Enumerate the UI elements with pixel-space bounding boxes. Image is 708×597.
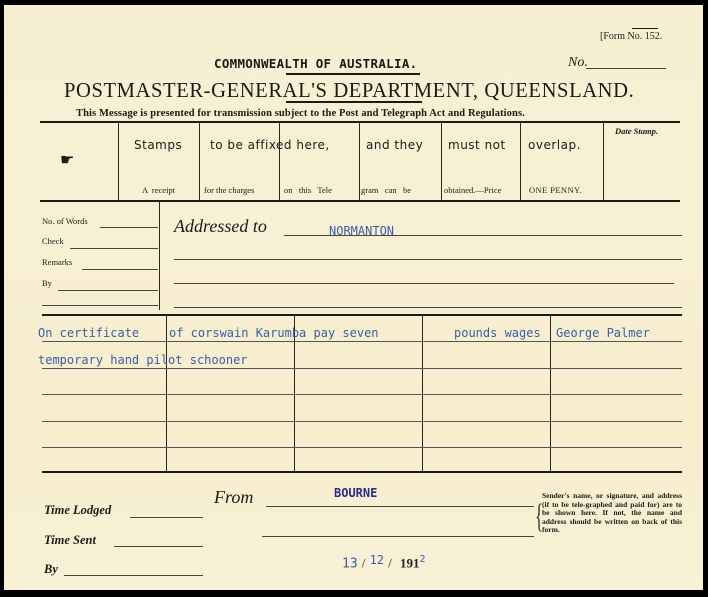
date-stamp-label: Date Stamp. bbox=[615, 126, 658, 136]
office-divider bbox=[159, 202, 160, 310]
department-heading: POSTMASTER-GENERAL'S DEPARTMENT, QUEENSL… bbox=[64, 78, 634, 103]
stamps-top-rule bbox=[40, 121, 680, 123]
from-label: From bbox=[214, 487, 253, 508]
date-sep-1: / bbox=[362, 555, 366, 570]
date-year: 191 bbox=[400, 555, 420, 570]
check-label: Check bbox=[42, 236, 64, 246]
time-sent-field[interactable] bbox=[114, 546, 203, 547]
addressed-to-label: Addressed to bbox=[174, 216, 267, 237]
remarks-field[interactable] bbox=[82, 269, 158, 270]
from-value[interactable]: BOURNE bbox=[334, 486, 377, 500]
stamp-divider bbox=[359, 123, 360, 200]
from-line-1 bbox=[266, 506, 534, 507]
form-number-overline bbox=[632, 28, 658, 29]
message-top-rule bbox=[42, 314, 682, 316]
by-label: By bbox=[42, 278, 52, 288]
number-label: No. bbox=[568, 55, 588, 71]
message-bottom-rule bbox=[42, 471, 682, 473]
words-label: No. of Words bbox=[42, 216, 88, 226]
address-line-4[interactable] bbox=[174, 307, 682, 308]
receipt-text-6: ONE PENNY. bbox=[529, 185, 582, 195]
date-stamp-area[interactable] bbox=[605, 141, 679, 199]
date-year-last-digit: 2 bbox=[420, 554, 426, 565]
commonwealth-heading: COMMONWEALTH OF AUSTRALIA. bbox=[214, 56, 417, 71]
date-sent[interactable]: 13 / 12 / 1912 bbox=[342, 554, 426, 571]
address-value[interactable]: NORMANTON bbox=[329, 224, 394, 238]
footer-by-field[interactable] bbox=[64, 575, 203, 576]
date-month: 12 bbox=[370, 553, 384, 567]
telegram-form: [Form No. 152. COMMONWEALTH OF AUSTRALIA… bbox=[4, 5, 703, 590]
transmission-notice: This Message is presented for transmissi… bbox=[76, 108, 525, 119]
check-field[interactable] bbox=[70, 248, 158, 249]
receipt-text-1: A receipt bbox=[142, 185, 175, 195]
message-line-2 bbox=[42, 368, 682, 369]
stamp-divider bbox=[520, 123, 521, 200]
address-line-2[interactable] bbox=[174, 259, 682, 260]
footer-by-label: By bbox=[44, 562, 58, 577]
stamp-divider bbox=[603, 123, 604, 200]
stamp-text-2: to be affixed here, bbox=[210, 138, 330, 152]
form-number: [Form No. 152. bbox=[600, 31, 662, 42]
message-line-1 bbox=[42, 341, 682, 342]
stamp-text-1: Stamps bbox=[134, 138, 182, 152]
address-line-3[interactable] bbox=[174, 283, 674, 284]
pointing-hand-icon: ☛ bbox=[60, 150, 74, 169]
date-sep-2: / bbox=[388, 555, 392, 570]
remarks-label: Remarks bbox=[42, 257, 72, 267]
office-extra-line bbox=[42, 305, 158, 306]
message-line-3 bbox=[42, 394, 682, 395]
header-ornament-bottom bbox=[286, 101, 422, 103]
sender-note: Sender's name, or signature, and address… bbox=[542, 492, 682, 535]
message-text-1a[interactable]: On certificate bbox=[38, 326, 139, 340]
message-line-5 bbox=[42, 447, 682, 448]
message-text-1c[interactable]: pounds wages bbox=[454, 326, 541, 340]
stamp-text-3: and they bbox=[366, 138, 423, 152]
message-text-2[interactable]: temporary hand pilot schooner bbox=[38, 353, 248, 367]
header-ornament-top bbox=[286, 73, 420, 75]
receipt-text-5: obtained.—Price bbox=[444, 185, 501, 195]
date-day: 13 bbox=[342, 556, 358, 571]
stamp-divider bbox=[441, 123, 442, 200]
stamps-bottom-rule bbox=[40, 200, 680, 202]
receipt-text-3: on this Tele bbox=[284, 185, 332, 195]
time-lodged-label: Time Lodged bbox=[44, 503, 111, 518]
stamp-divider bbox=[118, 123, 119, 200]
by-field[interactable] bbox=[58, 290, 158, 291]
time-lodged-field[interactable] bbox=[130, 517, 203, 518]
words-field[interactable] bbox=[100, 227, 158, 228]
stamp-text-4: must not bbox=[448, 138, 506, 152]
time-sent-label: Time Sent bbox=[44, 533, 96, 548]
receipt-text-2: for the charges bbox=[204, 185, 254, 195]
stamp-text-5: overlap. bbox=[528, 138, 581, 152]
message-text-1b[interactable]: of corswain Karumba pay seven bbox=[169, 326, 379, 340]
message-line-4 bbox=[42, 421, 682, 422]
from-line-2[interactable] bbox=[262, 536, 534, 537]
stamp-divider bbox=[199, 123, 200, 200]
stamp-divider bbox=[279, 123, 280, 200]
message-text-1d[interactable]: George Palmer bbox=[556, 326, 650, 340]
receipt-text-4: gram can be bbox=[361, 185, 411, 195]
number-field[interactable] bbox=[586, 68, 666, 69]
